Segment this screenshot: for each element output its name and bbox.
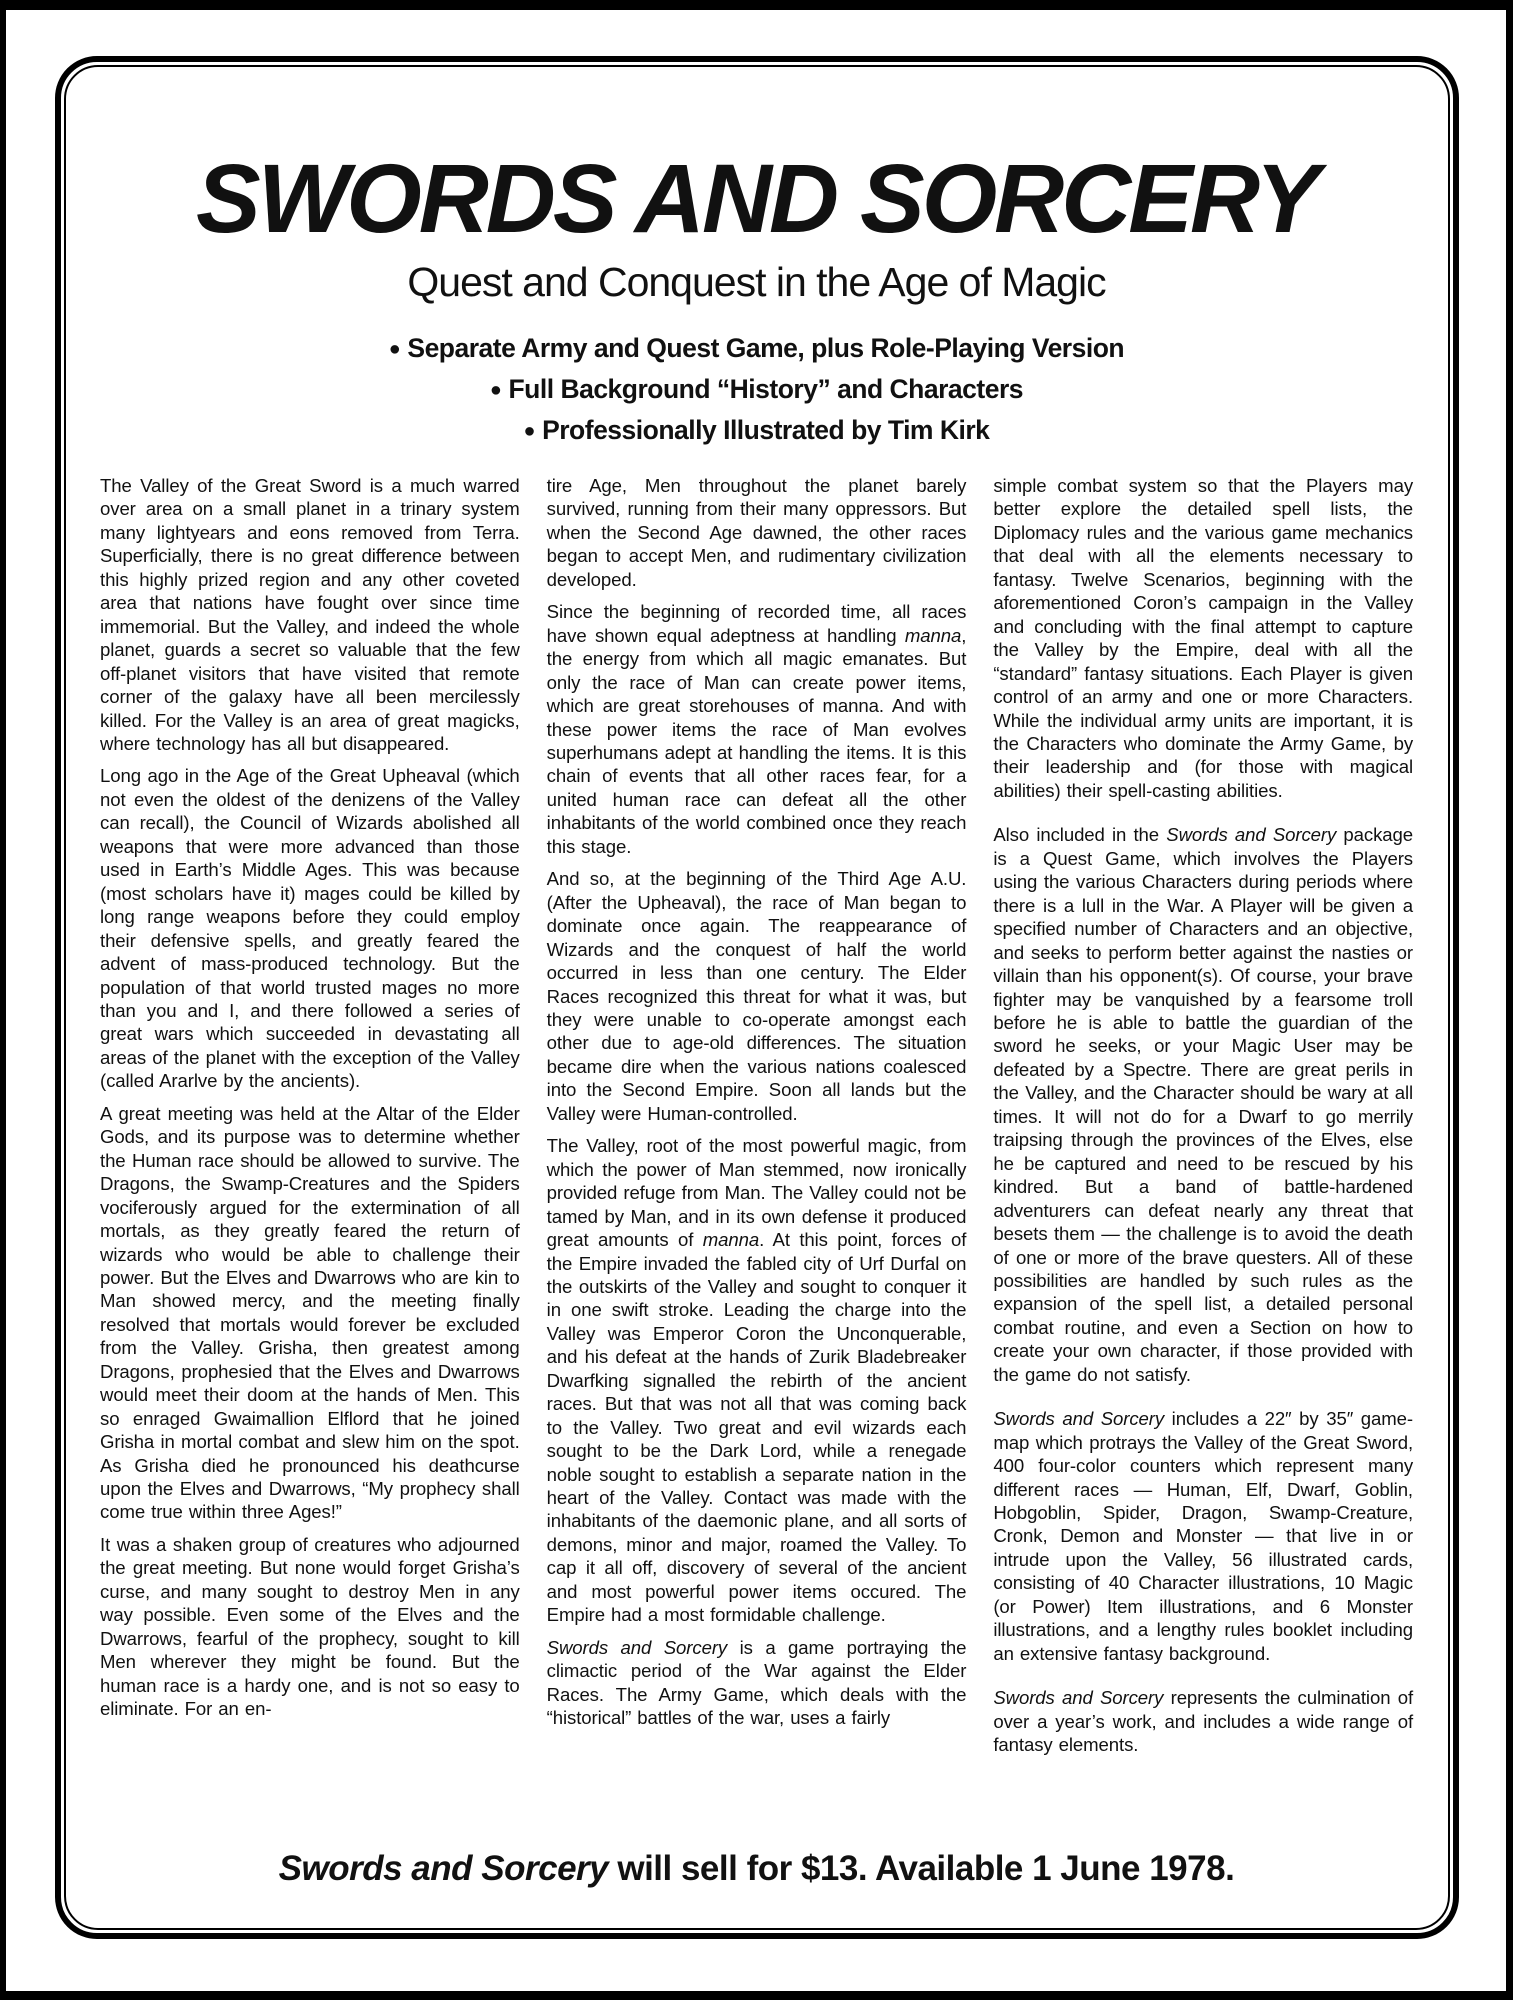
paragraph: Swords and Sorcery is a game portraying … <box>547 1636 967 1730</box>
paragraph: And so, at the beginning of the Third Ag… <box>547 867 967 1125</box>
paragraph: tire Age, Men throughout the planet bare… <box>547 474 967 591</box>
header: SWORDS AND SORCERY Quest and Conquest in… <box>70 150 1443 451</box>
feature-bullet: ●Full Background “History” and Character… <box>70 369 1443 410</box>
feature-bullet-label: Full Background “History” and Characters <box>508 374 1023 404</box>
feature-bullet: ●Professionally Illustrated by Tim Kirk <box>70 410 1443 451</box>
paragraph: The Valley of the Great Sword is a much … <box>100 474 520 755</box>
paragraph: Long ago in the Age of the Great Upheava… <box>100 764 520 1092</box>
column-3: simple combat system so that the Players… <box>993 474 1413 1778</box>
page-title: SWORDS AND SORCERY <box>70 150 1443 247</box>
body-columns: The Valley of the Great Sword is a much … <box>100 474 1413 1778</box>
feature-bullet: ●Separate Army and Quest Game, plus Role… <box>70 328 1443 369</box>
paragraph: Swords and Sorcery represents the culmin… <box>993 1686 1413 1756</box>
bullet-icon: ● <box>490 370 502 410</box>
paragraph: Swords and Sorcery includes a 22″ by 35″… <box>993 1407 1413 1665</box>
bullet-icon: ● <box>389 329 401 369</box>
bullet-icon: ● <box>524 411 536 451</box>
feature-bullets: ●Separate Army and Quest Game, plus Role… <box>70 328 1443 451</box>
paragraph: A great meeting was held at the Altar of… <box>100 1102 520 1524</box>
paragraph: Since the beginning of recorded time, al… <box>547 600 967 858</box>
subtitle: Quest and Conquest in the Age of Magic <box>70 261 1443 304</box>
paragraph: It was a shaken group of creatures who a… <box>100 1533 520 1721</box>
column-1: The Valley of the Great Sword is a much … <box>100 474 520 1778</box>
column-2: tire Age, Men throughout the planet bare… <box>547 474 967 1778</box>
product-name: Swords and Sorcery <box>279 1849 608 1888</box>
paragraph: simple combat system so that the Players… <box>993 474 1413 802</box>
feature-bullet-label: Professionally Illustrated by Tim Kirk <box>542 415 989 445</box>
paragraph: The Valley, root of the most powerful ma… <box>547 1134 967 1627</box>
paragraph: Also included in the Swords and Sorcery … <box>993 823 1413 1386</box>
feature-bullet-label: Separate Army and Quest Game, plus Role-… <box>407 333 1124 363</box>
price-availability: will sell for $13. Available 1 June 1978… <box>608 1849 1234 1888</box>
price-line: Swords and Sorcery will sell for $13. Av… <box>0 1849 1513 1889</box>
